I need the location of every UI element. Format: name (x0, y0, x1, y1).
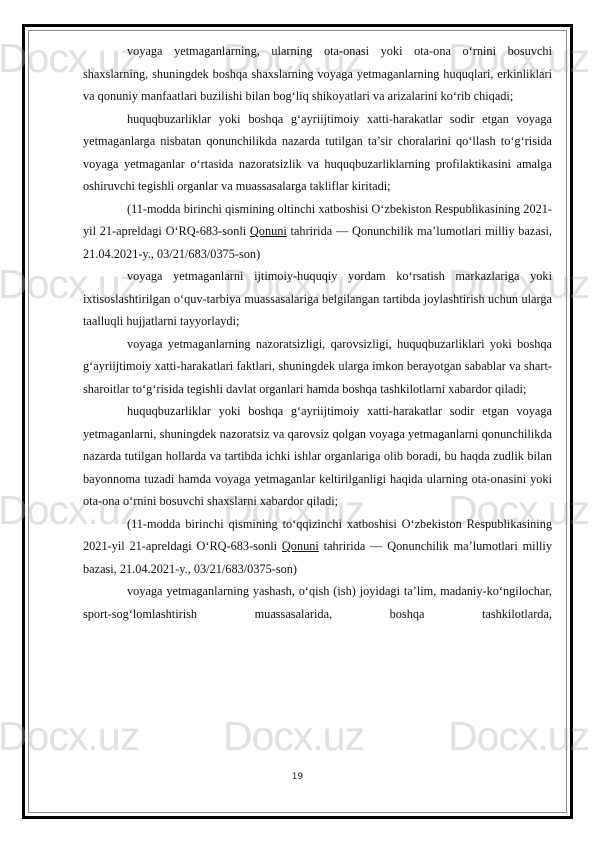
paragraph: voyaga yetmaganlarning nazoratsizligi, q… (83, 333, 552, 401)
paragraph: voyaga yetmaganlarning, ularning ota-ona… (83, 40, 552, 108)
document-body: voyaga yetmaganlarning, ularning ota-ona… (83, 40, 552, 625)
citation-paragraph: (11-modda birinchi qismining to‘qqizinch… (83, 513, 552, 581)
paragraph: voyaga yetmaganlarning yashash, o‘qish (… (83, 580, 552, 625)
page-number: 19 (0, 772, 595, 782)
citation-paragraph: (11-modda birinchi qismining oltinchi xa… (83, 198, 552, 266)
law-link[interactable]: Qonuni (282, 539, 319, 553)
paragraph: voyaga yetmaganlarni ijtimoiy-huquqiy yo… (83, 265, 552, 333)
paragraph: huquqbuzarliklar yoki boshqa g‘ayriijtim… (83, 400, 552, 513)
paragraph: huquqbuzarliklar yoki boshqa g‘ayriijtim… (83, 108, 552, 198)
law-link[interactable]: Qonuni (250, 224, 287, 238)
